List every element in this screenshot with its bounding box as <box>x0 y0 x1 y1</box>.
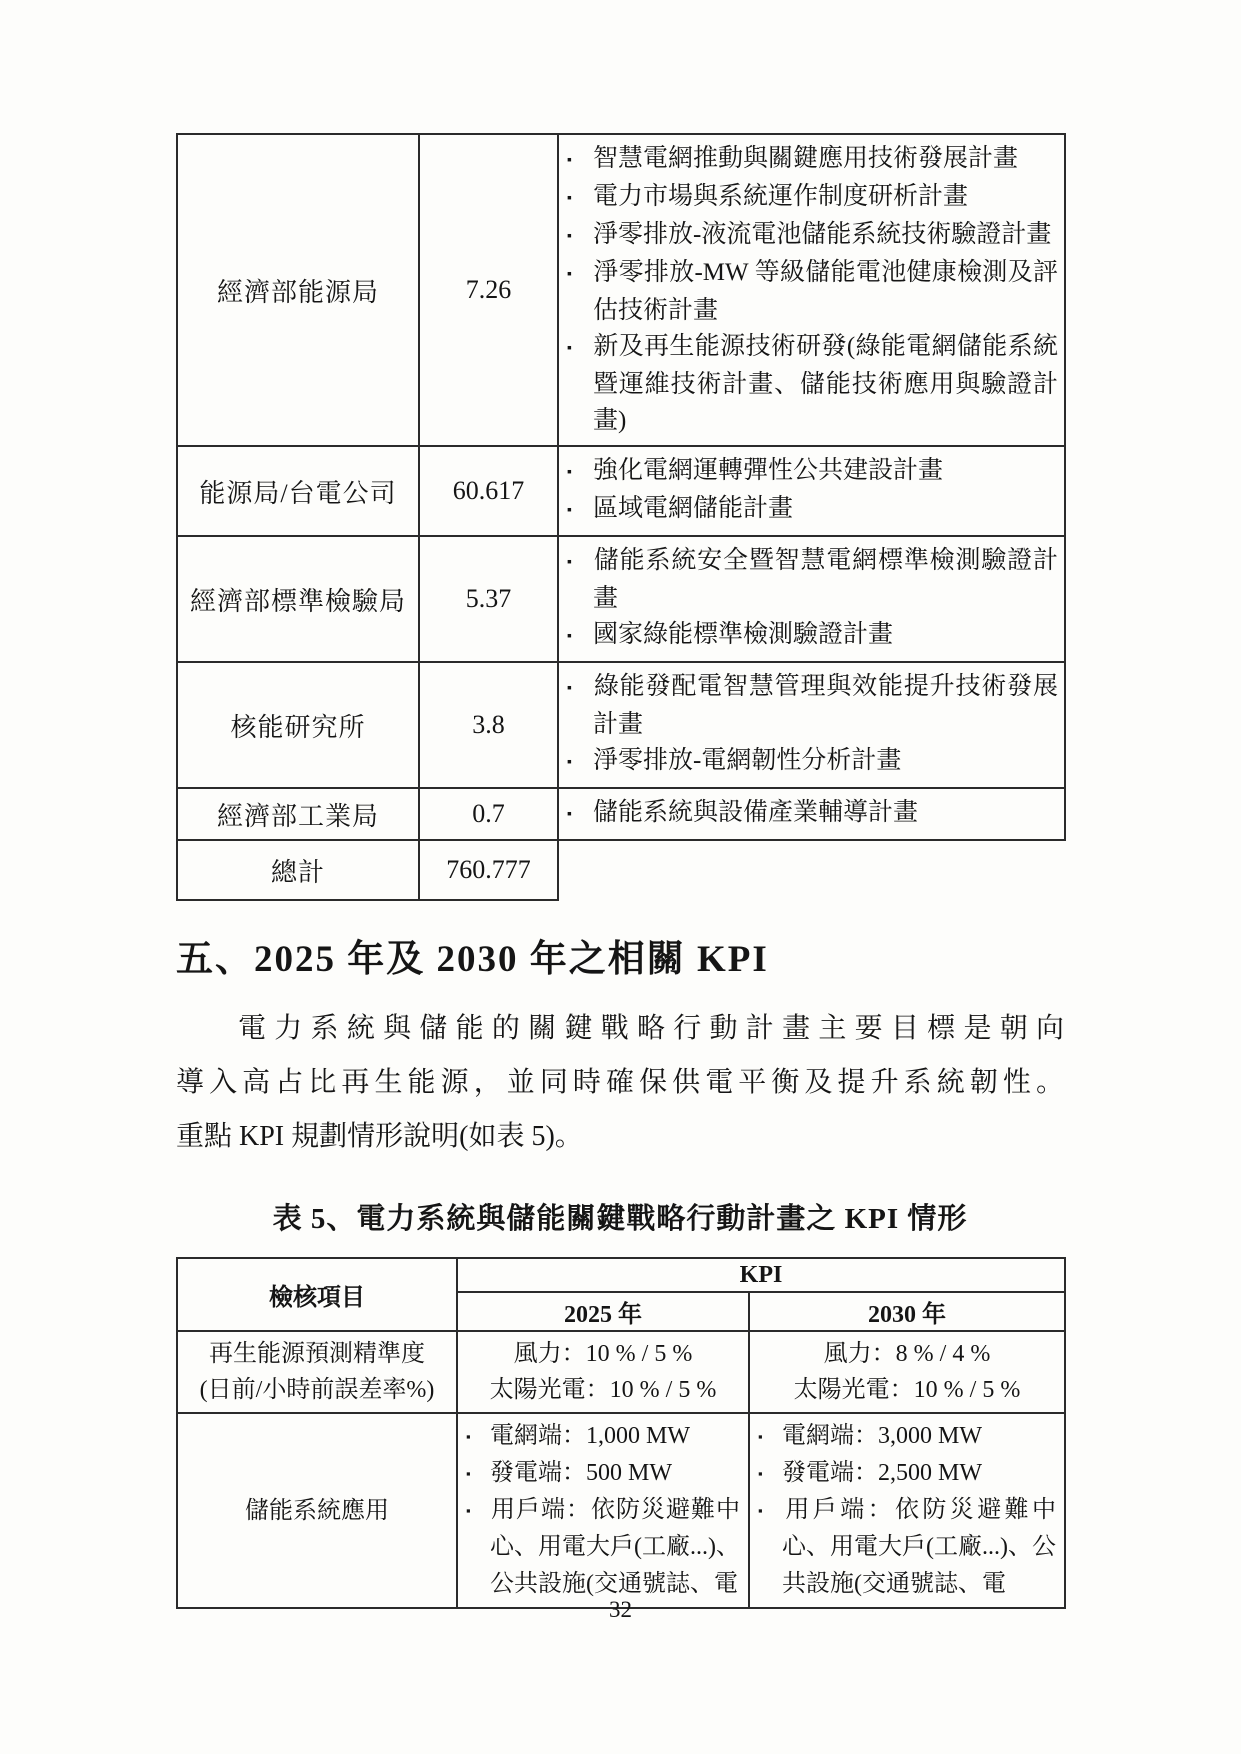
program-item: 強化電網運轉彈性公共建設計畫 <box>567 453 1058 491</box>
program-item: 區域電網儲能計畫 <box>567 491 1058 529</box>
program-item: 儲能系統與設備產業輔導計畫 <box>567 795 1058 833</box>
kpi-item-line: 再生能源預測精準度 <box>186 1336 448 1372</box>
agency-cell: 核能研究所 <box>177 662 419 788</box>
paragraph-line: 導入高占比再生能源，並同時確保供電平衡及提升系統韌性。 <box>176 1056 1064 1110</box>
kpi-bullet: 電網端：3,000 MW <box>758 1418 1056 1455</box>
amount-cell: 7.26 <box>419 134 558 446</box>
section-heading: 五、2025 年及 2030 年之相關 KPI <box>176 928 769 982</box>
programs-cell: 綠能發配電智慧管理與效能提升技術發展計畫 淨零排放-電網韌性分析計畫 <box>558 662 1065 788</box>
paragraph-line: 重點 KPI 規劃情形說明(如表 5)。 <box>176 1110 1064 1164</box>
kpi-bullet: 電網端：1,000 MW <box>466 1418 740 1455</box>
program-item: 智慧電網推動與關鍵應用技術發展計畫 <box>567 141 1058 179</box>
program-item: 淨零排放-MW 等級儲能電池健康檢測及評估技術計畫 <box>567 255 1058 329</box>
document-page: 經濟部能源局 7.26 智慧電網推動與關鍵應用技術發展計畫 電力市場與系統運作制… <box>0 0 1241 1754</box>
kpi-value-line: 風力：8 % / 4 % <box>758 1336 1056 1372</box>
kpi-header-row: 檢核項目 KPI <box>177 1258 1065 1292</box>
kpi-value-line: 太陽光電：10 % / 5 % <box>758 1372 1056 1408</box>
kpi-2030-cell: 風力：8 % / 4 % 太陽光電：10 % / 5 % <box>749 1331 1065 1413</box>
table-total-row: 總計 760.777 <box>177 840 1065 900</box>
empty-cell <box>558 840 1065 900</box>
kpi-bullet: 發電端：2,500 MW <box>758 1455 1056 1492</box>
kpi-bullet: 發電端：500 MW <box>466 1455 740 1492</box>
programs-cell: 強化電網運轉彈性公共建設計畫 區域電網儲能計畫 <box>558 446 1065 536</box>
program-item: 新及再生能源技術研發(綠能電網儲能系統暨運維技術計畫、儲能技術應用與驗證計畫) <box>567 329 1058 439</box>
kpi-2025-cell: 風力：10 % / 5 % 太陽光電：10 % / 5 % <box>457 1331 749 1413</box>
kpi-2025-cell: 電網端：1,000 MW 發電端：500 MW 用戶端：依防災避難中心、用電大戶… <box>457 1413 749 1608</box>
amount-cell: 0.7 <box>419 788 558 840</box>
program-item: 國家綠能標準檢測驗證計畫 <box>567 617 1058 655</box>
page-number: 32 <box>0 1597 1241 1623</box>
kpi-header-kpi: KPI <box>457 1258 1065 1292</box>
kpi-bullet: 用戶端：依防災避難中心、用電大戶(工廠...)、公共設施(交通號誌、電 <box>466 1492 740 1603</box>
budget-table: 經濟部能源局 7.26 智慧電網推動與關鍵應用技術發展計畫 電力市場與系統運作制… <box>176 133 1066 901</box>
table-row: 能源局/台電公司 60.617 強化電網運轉彈性公共建設計畫 區域電網儲能計畫 <box>177 446 1065 536</box>
table-row: 核能研究所 3.8 綠能發配電智慧管理與效能提升技術發展計畫 淨零排放-電網韌性… <box>177 662 1065 788</box>
kpi-header-2025: 2025 年 <box>457 1292 749 1331</box>
agency-cell: 經濟部標準檢驗局 <box>177 536 419 662</box>
kpi-value-line: 風力：10 % / 5 % <box>466 1336 740 1372</box>
amount-cell: 3.8 <box>419 662 558 788</box>
agency-cell: 經濟部能源局 <box>177 134 419 446</box>
total-label-cell: 總計 <box>177 840 419 900</box>
kpi-2030-cell: 電網端：3,000 MW 發電端：2,500 MW 用戶端：依防災避難中心、用電… <box>749 1413 1065 1608</box>
programs-cell: 儲能系統安全暨智慧電網標準檢測驗證計畫 國家綠能標準檢測驗證計畫 <box>558 536 1065 662</box>
kpi-header-2030: 2030 年 <box>749 1292 1065 1331</box>
program-item: 綠能發配電智慧管理與效能提升技術發展計畫 <box>567 669 1058 743</box>
table-row: 經濟部標準檢驗局 5.37 儲能系統安全暨智慧電網標準檢測驗證計畫 國家綠能標準… <box>177 536 1065 662</box>
kpi-row-storage: 儲能系統應用 電網端：1,000 MW 發電端：500 MW 用戶端：依防災避難… <box>177 1413 1065 1608</box>
kpi-table-title: 表 5、電力系統與儲能關鍵戰略行動計畫之 KPI 情形 <box>176 1196 1064 1237</box>
amount-cell: 5.37 <box>419 536 558 662</box>
kpi-item-cell: 儲能系統應用 <box>177 1413 457 1608</box>
program-item: 電力市場與系統運作制度研析計畫 <box>567 179 1058 217</box>
kpi-bullet: 用戶端：依防災避難中心、用電大戶(工廠...)、公共設施(交通號誌、電 <box>758 1492 1056 1603</box>
agency-cell: 經濟部工業局 <box>177 788 419 840</box>
table-row: 經濟部工業局 0.7 儲能系統與設備產業輔導計畫 <box>177 788 1065 840</box>
program-item: 淨零排放-液流電池儲能系統技術驗證計畫 <box>567 217 1058 255</box>
table-row: 經濟部能源局 7.26 智慧電網推動與關鍵應用技術發展計畫 電力市場與系統運作制… <box>177 134 1065 446</box>
total-amount-cell: 760.777 <box>419 840 558 900</box>
kpi-row-accuracy: 再生能源預測精準度 (日前/小時前誤差率%) 風力：10 % / 5 % 太陽光… <box>177 1331 1065 1413</box>
body-paragraph: 電力系統與儲能的關鍵戰略行動計畫主要目標是朝向 導入高占比再生能源，並同時確保供… <box>176 1002 1064 1164</box>
agency-cell: 能源局/台電公司 <box>177 446 419 536</box>
kpi-header-item: 檢核項目 <box>177 1258 457 1331</box>
kpi-value-line: 太陽光電：10 % / 5 % <box>466 1372 740 1408</box>
kpi-item-cell: 再生能源預測精準度 (日前/小時前誤差率%) <box>177 1331 457 1413</box>
kpi-table: 檢核項目 KPI 2025 年 2030 年 再生能源預測精準度 (日前/小時前… <box>176 1257 1066 1609</box>
program-item: 淨零排放-電網韌性分析計畫 <box>567 743 1058 781</box>
programs-cell: 智慧電網推動與關鍵應用技術發展計畫 電力市場與系統運作制度研析計畫 淨零排放-液… <box>558 134 1065 446</box>
program-item: 儲能系統安全暨智慧電網標準檢測驗證計畫 <box>567 543 1058 617</box>
kpi-item-line: (日前/小時前誤差率%) <box>186 1372 448 1408</box>
paragraph-line: 電力系統與儲能的關鍵戰略行動計畫主要目標是朝向 <box>176 1002 1064 1056</box>
programs-cell: 儲能系統與設備產業輔導計畫 <box>558 788 1065 840</box>
amount-cell: 60.617 <box>419 446 558 536</box>
